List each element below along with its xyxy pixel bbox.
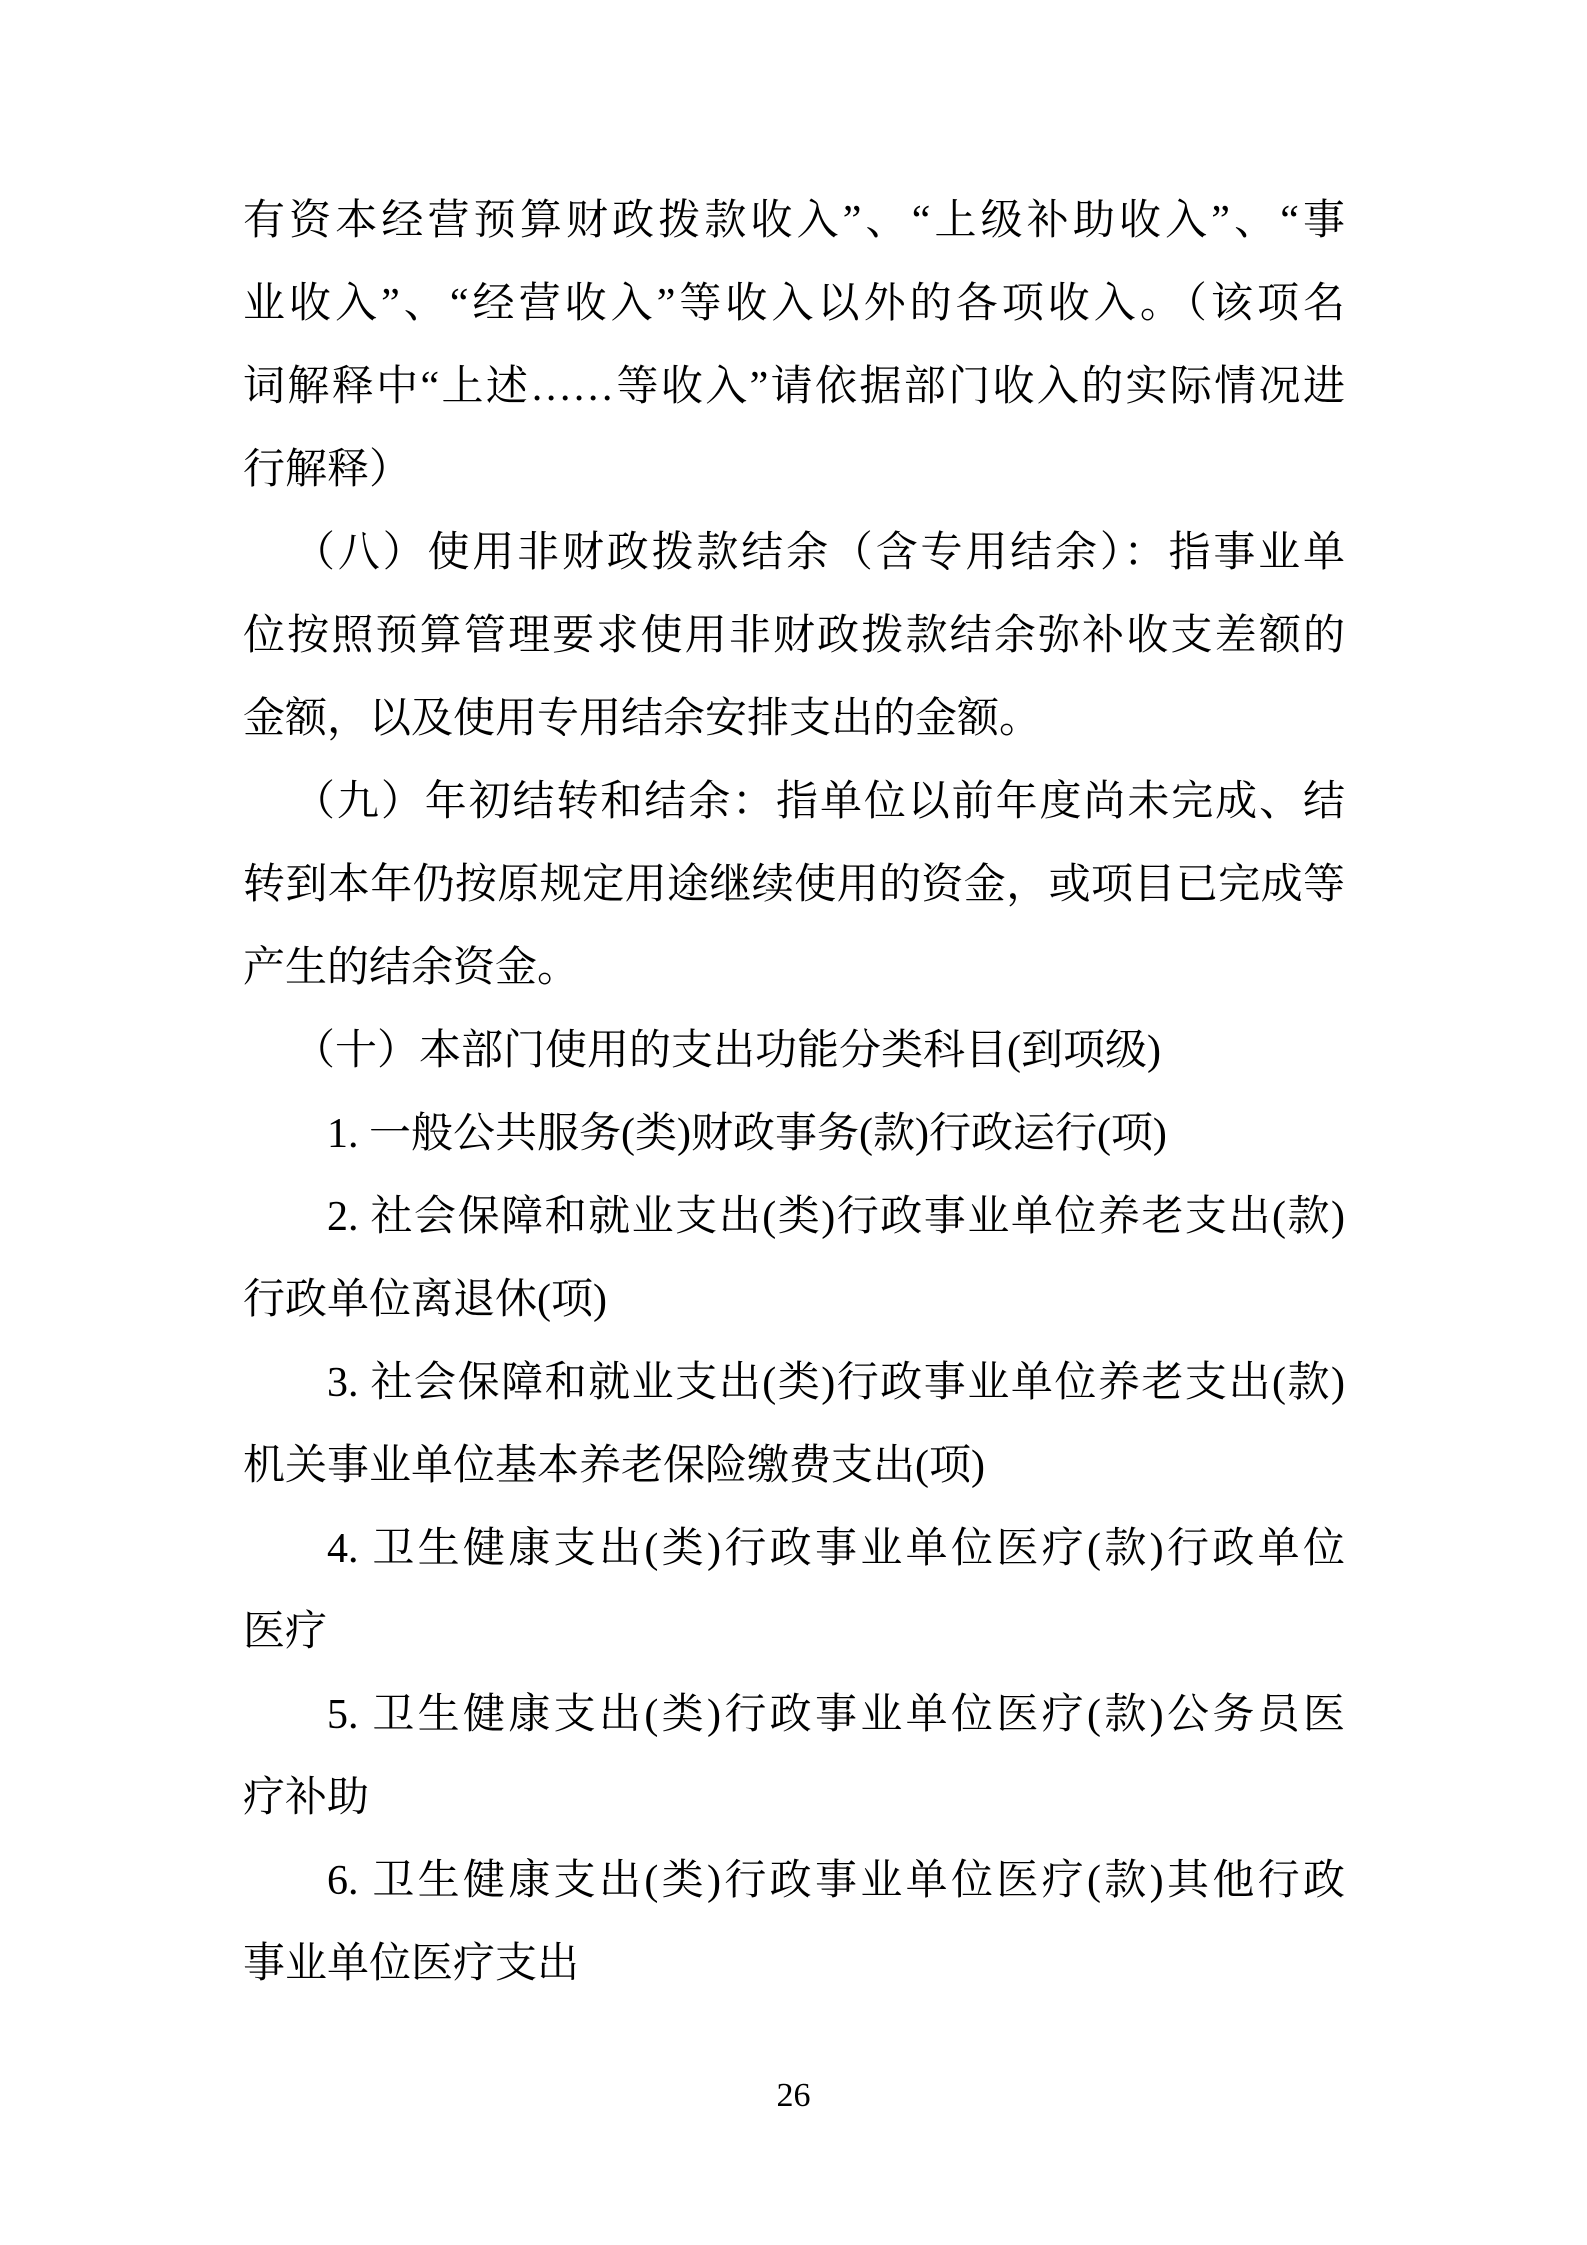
text-line: 医疗 — [243, 1591, 1345, 1674]
text-line: 6. 卫生健康支出(类)行政事业单位医疗(款)其他行政 — [243, 1840, 1345, 1923]
text-line: 疗补助 — [243, 1757, 1345, 1840]
text-line: 4. 卫生健康支出(类)行政事业单位医疗(款)行政单位 — [243, 1508, 1345, 1591]
text-line: 1. 一般公共服务(类)财政事务(款)行政运行(项) — [243, 1093, 1345, 1176]
text-line: 行政单位离退休(项) — [243, 1259, 1345, 1342]
text-line: （十）本部门使用的支出功能分类科目(到项级) — [243, 1010, 1345, 1093]
text-line: （八）使用非财政拨款结余（含专用结余）：指事业单 — [243, 512, 1345, 595]
text-line: 位按照预算管理要求使用非财政拨款结余弥补收支差额的 — [243, 595, 1345, 678]
text-line: 事业单位医疗支出 — [243, 1923, 1345, 2006]
text-line: （九）年初结转和结余：指单位以前年度尚未完成、结 — [243, 761, 1345, 844]
text-line: 机关事业单位基本养老保险缴费支出(项) — [243, 1425, 1345, 1508]
page-number: 26 — [0, 2074, 1587, 2118]
text-line: 转到本年仍按原规定用途继续使用的资金，或项目已完成等 — [243, 844, 1345, 927]
text-line: 词解释中“上述……等收入”请依据部门收入的实际情况进 — [243, 346, 1345, 429]
document-body: 有资本经营预算财政拨款收入”、“上级补助收入”、“事 业收入”、“经营收入”等收… — [243, 180, 1345, 2006]
text-line: 2. 社会保障和就业支出(类)行政事业单位养老支出(款) — [243, 1176, 1345, 1259]
text-line: 5. 卫生健康支出(类)行政事业单位医疗(款)公务员医 — [243, 1674, 1345, 1757]
text-line: 产生的结余资金。 — [243, 927, 1345, 1010]
text-line: 有资本经营预算财政拨款收入”、“上级补助收入”、“事 — [243, 180, 1345, 263]
text-line: 业收入”、“经营收入”等收入以外的各项收入。（该项名 — [243, 263, 1345, 346]
text-line: 3. 社会保障和就业支出(类)行政事业单位养老支出(款) — [243, 1342, 1345, 1425]
text-line: 行解释） — [243, 429, 1345, 512]
text-line: 金额，以及使用专用结余安排支出的金额。 — [243, 678, 1345, 761]
